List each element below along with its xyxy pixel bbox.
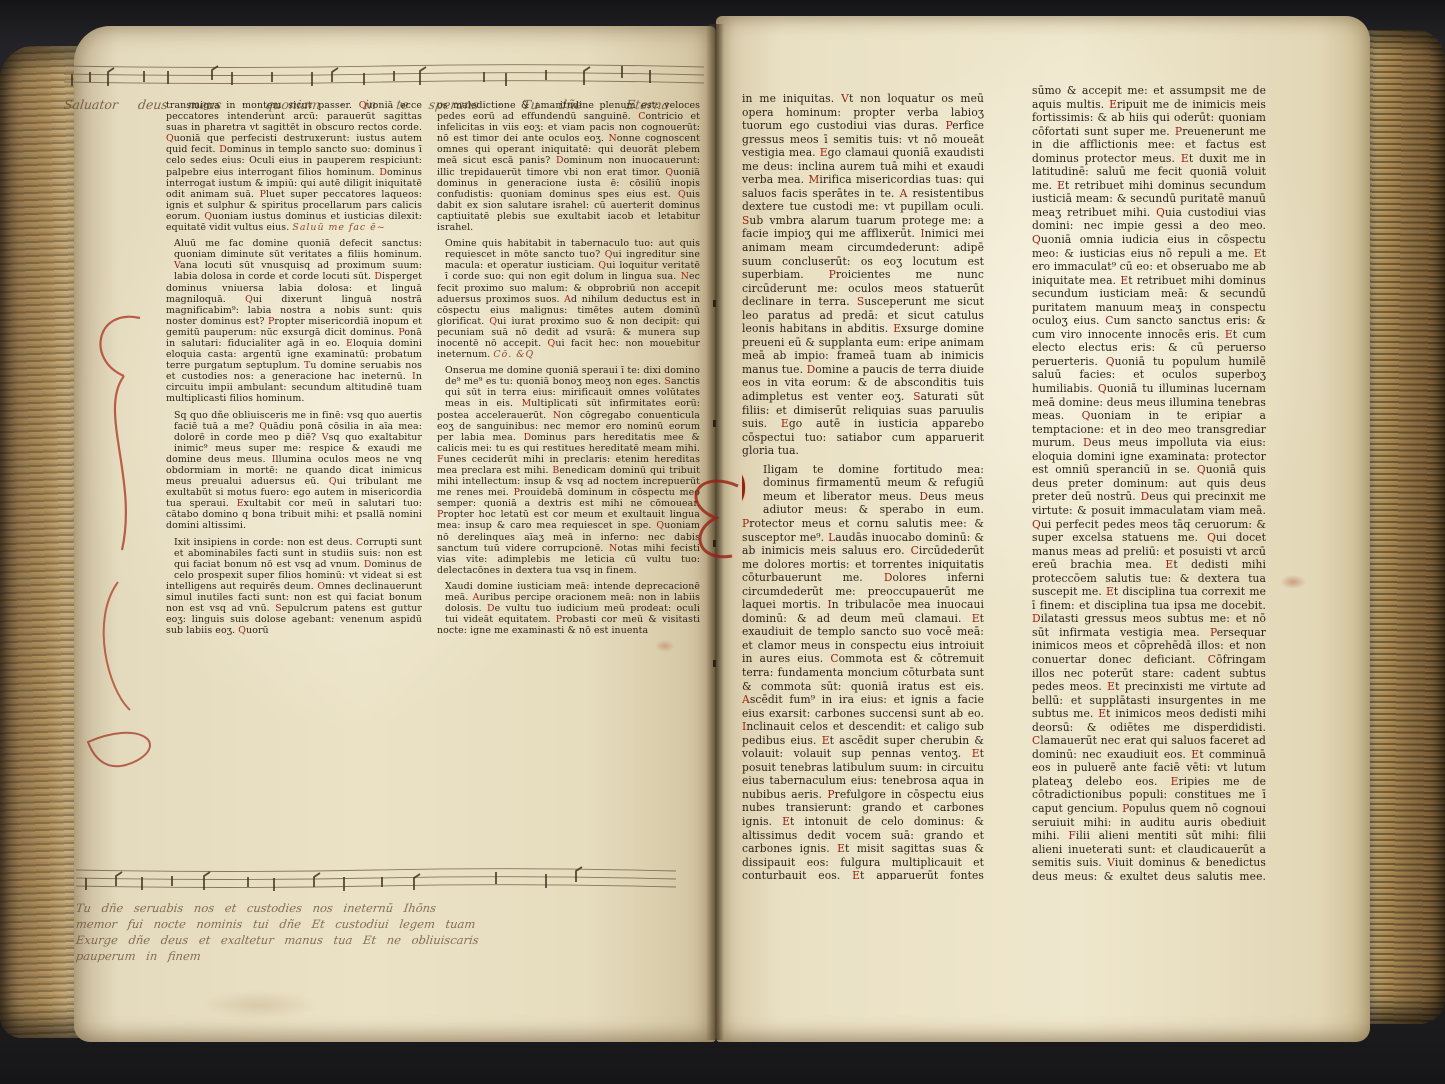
continuation-block: sūmo & accepit me: et assumpsit me de aq… <box>1032 84 1266 880</box>
rubricated-capital: V <box>174 260 180 271</box>
continuation-block: os maledictione & amaritudine plenum est… <box>437 100 700 233</box>
rubricated-capital: C <box>830 652 838 665</box>
right-page-column-2: sūmo & accepit me: et assumpsit me de aq… <box>1032 84 1266 880</box>
rubricated-capital: D <box>374 271 382 282</box>
psalm-text: os maledictione & amaritudine plenum est… <box>437 100 700 233</box>
rubricated-capital: D <box>379 167 387 178</box>
rubricated-capital: E <box>820 146 828 159</box>
rubricated-capital: D <box>556 155 564 166</box>
rubricated-capital: Q <box>1207 531 1216 544</box>
rubricated-capital: C <box>1105 314 1113 327</box>
rubricated-capital: A <box>900 187 908 200</box>
rubricated-capital: Q <box>1106 355 1115 368</box>
rubricated-capital: P <box>260 189 266 200</box>
rubricated-capital: O <box>317 581 325 592</box>
rubricated-capital: B <box>552 465 559 476</box>
rubricated-capital: C <box>911 544 919 557</box>
handwritten-cue: Saluū me fac ē~ <box>292 222 385 233</box>
rubricated-capital: Q <box>359 100 367 111</box>
rubricated-capital: Q <box>1156 206 1165 219</box>
psalm-text: Omine quis habitabit in tabernaculo tuo:… <box>437 238 700 360</box>
handwritten-annotation-line: Tu dñe seruabis nos et custodies nos ine… <box>75 900 697 916</box>
rubricated-capital: N <box>609 543 617 554</box>
rubricated-capital: M <box>808 173 819 186</box>
rubricated-capital: Q <box>548 338 556 349</box>
psalm-initial: S <box>166 239 170 275</box>
rubricated-capital: Q <box>489 316 497 327</box>
continuation-block: transmigra in montem sicut passer. Quoni… <box>166 100 422 233</box>
psalm-initial: D <box>166 538 170 574</box>
rubricated-capital: F <box>1068 829 1076 842</box>
psalm-initial: C <box>437 366 441 402</box>
psalm-initial: V <box>166 411 170 447</box>
psalm-text: Aluū me fac domine quoniā defecit sanctu… <box>166 238 422 404</box>
rubricated-capital: E <box>782 815 790 828</box>
rubricated-capital: Q <box>166 133 174 144</box>
psalm-text: Iligam te domine fortitudo mea: dominus … <box>742 463 984 880</box>
rubricated-capital: P <box>556 614 562 625</box>
rubricated-capital: S <box>857 295 864 308</box>
photograph-background: Saluator deus meus · quoniam · in te spe… <box>0 0 1445 1084</box>
rubricated-capital: D <box>807 363 816 376</box>
rubricated-capital: P <box>268 316 274 327</box>
psalm-block: DIxit insipiens in corde: non est deus. … <box>166 537 422 637</box>
rubricated-capital: Q <box>656 520 664 531</box>
rubricated-capital: E <box>1107 680 1115 693</box>
music-staff-icon <box>64 52 704 96</box>
rubricated-capital: D <box>524 432 532 443</box>
rubricated-capital: E <box>781 417 789 430</box>
rubricated-capital: Q <box>598 260 606 271</box>
rubricated-capital: E <box>237 498 244 509</box>
rubricated-capital: Q <box>1098 382 1107 395</box>
rubricated-capital: F <box>437 454 444 465</box>
rubricated-capital: C <box>1208 653 1216 666</box>
rubricated-capital: P <box>827 788 834 801</box>
rubricated-capital: N <box>553 410 561 421</box>
rubricated-capital: Q <box>259 421 267 432</box>
rubricated-capital: D <box>487 603 495 614</box>
psalm-text: sūmo & accepit me: et assumpsit me de aq… <box>1032 84 1266 880</box>
rubricated-capital: A <box>473 592 480 603</box>
rubricated-capital: D <box>1083 436 1092 449</box>
rubricated-capital: C <box>356 537 363 548</box>
rubricated-capital: V <box>322 432 329 443</box>
rubricated-capital: Q <box>1197 463 1206 476</box>
rubricated-capital: D <box>1141 490 1150 503</box>
rubricated-capital: P <box>1210 626 1217 639</box>
rubricated-capital: Q <box>329 476 337 487</box>
rubricated-capital: Q <box>1032 518 1041 531</box>
rubricated-capital: L <box>828 531 835 544</box>
rubricated-capital: A <box>742 693 750 706</box>
psalm-text: transmigra in montem sicut passer. Quoni… <box>166 100 422 233</box>
rubricated-capital: A <box>564 294 571 305</box>
handwritten-annotation-line: Exurge dñe deus et exaltetur manus tua E… <box>75 932 697 948</box>
rubricated-capital: P <box>398 327 404 338</box>
rubricated-capital: E <box>1165 558 1173 571</box>
rubricated-capital: E <box>822 734 830 747</box>
psalm-text: in me iniquitas. Vt non loquatur os meū … <box>742 92 984 457</box>
rubricated-capital: E <box>1106 585 1114 598</box>
rubricated-capital: E <box>972 612 980 625</box>
rubricated-capital: Q <box>678 189 686 200</box>
rubricated-capital: D <box>884 571 893 584</box>
rubricated-capital: T <box>304 360 310 371</box>
rubricated-capital: E <box>1098 707 1106 720</box>
rubricated-capital: Q <box>665 167 673 178</box>
rubricated-capital: I <box>412 371 416 382</box>
rubricated-capital: E <box>346 338 353 349</box>
rubricated-capital: E <box>893 322 901 335</box>
rubricated-capital: I <box>742 720 746 733</box>
rubricated-capital: D <box>364 559 372 570</box>
handwritten-annotation-line: memor fui nocte nominis tui dñe Et custo… <box>75 916 697 932</box>
rubricated-capital: P <box>1122 802 1129 815</box>
rubricated-capital: I <box>827 598 831 611</box>
rubricated-capital: P <box>1175 125 1182 138</box>
rubricated-capital: Q <box>245 294 253 305</box>
psalm-text: Ixit insipiens in corde: non est deus. C… <box>166 537 422 637</box>
ink-stain <box>1280 575 1306 589</box>
rubricated-capital: E <box>972 747 980 760</box>
right-page-column-1: in me iniquitas. Vt non loquatur os meū … <box>742 92 984 880</box>
binding-stitches <box>713 300 716 780</box>
left-page-column-2: os maledictione & amaritudine plenum est… <box>437 100 700 872</box>
rubricated-capital: P <box>945 119 952 132</box>
psalm-text: Xaudi domine iusticiam meā: intende depr… <box>437 581 700 636</box>
rubricated-capital: Q <box>1032 233 1041 246</box>
rubricated-capital: D <box>219 144 227 155</box>
rubricated-capital: C <box>1032 734 1040 747</box>
rubricated-capital: Q <box>605 249 613 260</box>
rubricated-capital: E <box>1057 179 1065 192</box>
rubricated-capital: E <box>1191 748 1199 761</box>
psalm-block: SAluū me fac domine quoniā defecit sanct… <box>166 238 422 404</box>
psalm-text: Sq quo dñe obliuisceris me in finē: vsq … <box>166 410 422 532</box>
rubricated-capital: C <box>638 111 645 122</box>
rubricated-capital: E <box>1120 274 1128 287</box>
fore-edge-page-stack-right <box>1365 30 1445 1024</box>
rubricated-capital: I <box>920 227 924 240</box>
rubricated-capital: D <box>1032 612 1041 625</box>
annotation-bottom: Tu dñe seruabis nos et custodies nos ine… <box>76 858 696 978</box>
psalm-block: DIligam te domine fortitudo mea: dominus… <box>742 463 984 880</box>
rubricated-capital: E <box>1171 775 1179 788</box>
continuation-block: in me iniquitas. Vt non loquatur os meū … <box>742 92 984 458</box>
rubricated-capital: N <box>608 133 616 144</box>
rubricated-capital: E <box>1109 98 1117 111</box>
rubricated-capital: P <box>437 509 443 520</box>
rubricated-capital: E <box>837 842 845 855</box>
rubricated-capital: V <box>1107 856 1115 869</box>
rubricated-capital: I <box>272 454 276 465</box>
rubricated-capital: Q <box>238 625 246 636</box>
handwritten-cue: Cō. &Q <box>493 349 534 360</box>
rubricated-capital: N <box>681 271 689 282</box>
music-staff-icon <box>76 858 676 900</box>
rubricated-capital: S <box>275 603 282 614</box>
left-page-column-1: transmigra in montem sicut passer. Quoni… <box>166 100 422 872</box>
psalm-initial: D <box>742 465 758 515</box>
rubricated-capital: S <box>913 390 920 403</box>
rubricated-capital: P <box>829 268 836 281</box>
psalm-text: Onserua me domine quoniā speraui ī te: d… <box>437 365 700 576</box>
rubricated-capital: D <box>919 490 928 503</box>
rubricated-capital: E <box>1254 247 1262 260</box>
psalm-block: VSq quo dñe obliuisceris me in finē: vsq… <box>166 410 422 532</box>
rubricated-capital: Q <box>1082 409 1091 422</box>
rubricated-capital: E <box>1181 152 1189 165</box>
rubricated-capital: S <box>664 376 671 387</box>
handwritten-annotation-line: pauperum in finem <box>75 948 697 964</box>
rubricated-capital: P <box>514 487 520 498</box>
rubricated-capital: S <box>742 214 749 227</box>
rubricated-capital: E <box>1225 328 1233 341</box>
psalm-initial: E <box>437 582 441 618</box>
foxing-stain <box>200 990 320 1020</box>
rubricated-capital: E <box>852 869 860 880</box>
rubricated-capital: V <box>841 92 849 105</box>
rubricated-capital: M <box>522 398 532 409</box>
psalm-initial: D <box>437 239 441 275</box>
rubricated-capital: Q <box>204 211 212 222</box>
psalm-block: EXaudi domine iusticiam meā: intende dep… <box>437 581 700 636</box>
psalm-block: COnserua me domine quoniā speraui ī te: … <box>437 365 700 576</box>
psalm-block: DOmine quis habitabit in tabernaculo tuo… <box>437 238 700 360</box>
